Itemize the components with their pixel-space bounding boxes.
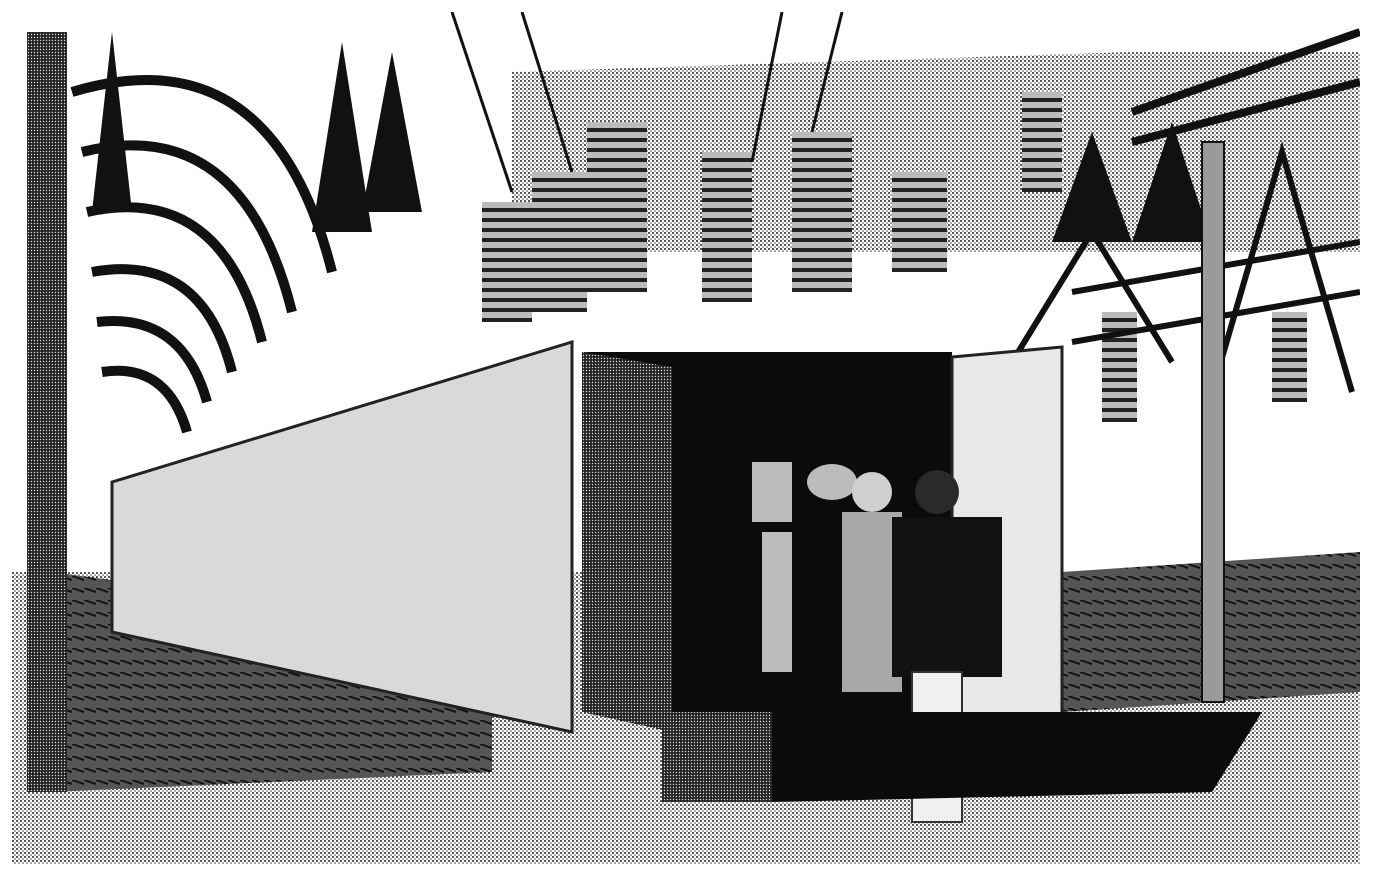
cabinet-door-left: [582, 352, 672, 732]
concrete-pole: [1202, 142, 1224, 702]
shadow: [772, 712, 1262, 802]
photo-frame: [12, 12, 1360, 864]
steel-pole-left: [27, 32, 67, 792]
cabinet-base: [662, 712, 772, 802]
substation-photo: [12, 12, 1360, 864]
